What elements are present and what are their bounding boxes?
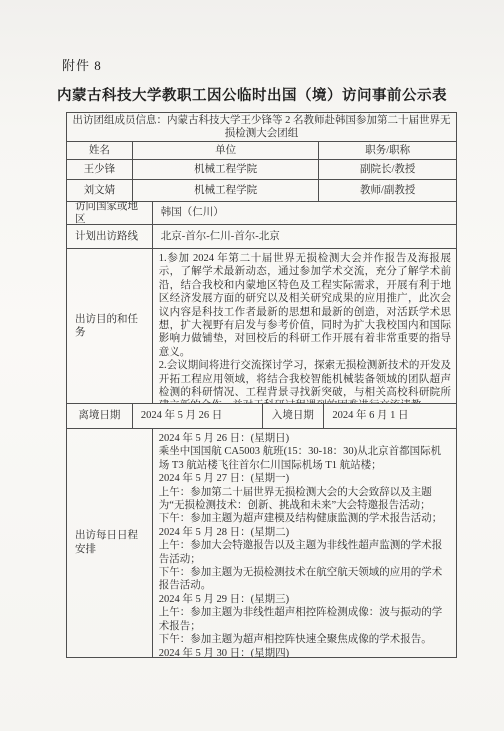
group-info-text: 出访团组成员信息：内蒙古科技大学王少锋等 2 名教师赴韩国参加第二十届世界无损检…	[67, 113, 456, 141]
purpose-row: 出访目的和任务 1.参加 2024 年第二十届世界无损检测大会并作报告及海报展示…	[67, 248, 456, 403]
member-row: 王少锋 机械工程学院 副院长/教授	[67, 159, 456, 179]
schedule-line: 2024 年 5 月 28 日：(星期二)	[159, 526, 451, 539]
schedule-line: 2024 年 5 月 26 日：(星期日)	[159, 432, 451, 445]
destination-label-cell: 访问国家或地区	[67, 202, 152, 224]
form-table: 出访团组成员信息：内蒙古科技大学王少锋等 2 名教师赴韩国参加第二十届世界无损检…	[66, 112, 457, 658]
member-row: 刘文婧 机械工程学院 教师/副教授	[67, 179, 456, 201]
schedule-line: 上午：参加第二十届世界无损检测大会的大会致辞以及主题为“无损检测技术：创新、挑战…	[159, 486, 451, 513]
departure-date-label-cell: 离境日期	[67, 404, 132, 428]
member-unit-cell: 机械工程学院	[132, 180, 319, 201]
schedule-line: 上午：参加主题为非线性超声相控阵检测成像：波与振动的学术报告；	[159, 606, 451, 633]
purpose-content-cell: 1.参加 2024 年第二十届世界无损检测大会并作报告及海报展示，了解学术最新动…	[152, 249, 456, 403]
member-header-title: 职务/职称	[318, 142, 456, 159]
member-title-cell: 教师/副教授	[318, 180, 456, 201]
group-info-row: 出访团组成员信息：内蒙古科技大学王少锋等 2 名教师赴韩国参加第二十届世界无损检…	[67, 113, 456, 141]
page-title: 内蒙古科技大学教职工因公临时出国（境）访问事前公示表	[0, 84, 504, 105]
entry-date-value-cell: 2024 年 6 月 1 日	[323, 404, 456, 428]
member-title-cell: 副院长/教授	[318, 160, 456, 179]
scanned-document-page: 附件 8 内蒙古科技大学教职工因公临时出国（境）访问事前公示表 出访团组成员信息…	[0, 0, 504, 731]
schedule-line: 2024 年 5 月 30 日：(星期四)	[159, 647, 451, 658]
member-header-name: 姓名	[67, 142, 132, 159]
attachment-label: 附件 8	[62, 55, 102, 74]
schedule-line: 乘坐中国国航 CA5003 航班(15：30-18：30)从北京首都国际机场 T…	[159, 445, 451, 472]
group-info-cell: 出访团组成员信息：内蒙古科技大学王少锋等 2 名教师赴韩国参加第二十届世界无损检…	[67, 113, 456, 141]
departure-date-value-cell: 2024 年 5 月 26 日	[132, 404, 262, 428]
dates-row: 离境日期 2024 年 5 月 26 日 入境日期 2024 年 6 月 1 日	[67, 403, 456, 428]
member-header-row: 姓名 单位 职务/职称	[67, 141, 456, 159]
destination-row: 访问国家或地区 韩国（仁川）	[67, 201, 456, 224]
member-header-unit: 单位	[132, 142, 319, 159]
member-name-cell: 王少锋	[67, 160, 132, 179]
schedule-content-cell: 2024 年 5 月 26 日：(星期日)乘坐中国国航 CA5003 航班(15…	[152, 429, 456, 657]
member-unit-cell: 机械工程学院	[132, 160, 319, 179]
purpose-paragraph: 1.参加 2024 年第二十届世界无损检测大会并作报告及海报展示，了解学术最新动…	[159, 252, 451, 359]
schedule-line: 2024 年 5 月 27 日：(星期一)	[159, 472, 451, 485]
schedule-line: 2024 年 5 月 29 日：(星期三)	[159, 593, 451, 606]
purpose-paragraph: 2.会议期间将进行交流探讨学习，探索无损检测新技术的开发及开拓工程应用领域，将结…	[159, 359, 451, 403]
schedule-line: 下午：参加主题为无损检测技术在航空航天领域的应用的学术报告活动。	[159, 566, 451, 593]
schedule-line: 下午：参加主题为超声建模及结构健康监测的学术报告活动；	[159, 512, 451, 525]
route-row: 计划出访路线 北京-首尔-仁川-首尔-北京	[67, 224, 456, 248]
destination-value-cell: 韩国（仁川）	[152, 202, 456, 224]
entry-date-label-cell: 入境日期	[262, 404, 324, 428]
schedule-row: 出访每日日程安排 2024 年 5 月 26 日：(星期日)乘坐中国国航 CA5…	[67, 428, 456, 657]
route-label-cell: 计划出访路线	[67, 225, 152, 248]
schedule-line: 下午：参加主题为超声相控阵快速全聚焦成像的学术报告。	[159, 633, 451, 646]
schedule-label-cell: 出访每日日程安排	[67, 429, 152, 657]
schedule-line: 上午：参加大会特邀报告以及主题为非线性超声监测的学术报告活动；	[159, 539, 451, 566]
purpose-label-cell: 出访目的和任务	[67, 249, 152, 403]
schedule-label: 出访每日日程安排	[75, 529, 143, 557]
member-name-cell: 刘文婧	[67, 180, 132, 201]
route-value-cell: 北京-首尔-仁川-首尔-北京	[152, 225, 456, 248]
